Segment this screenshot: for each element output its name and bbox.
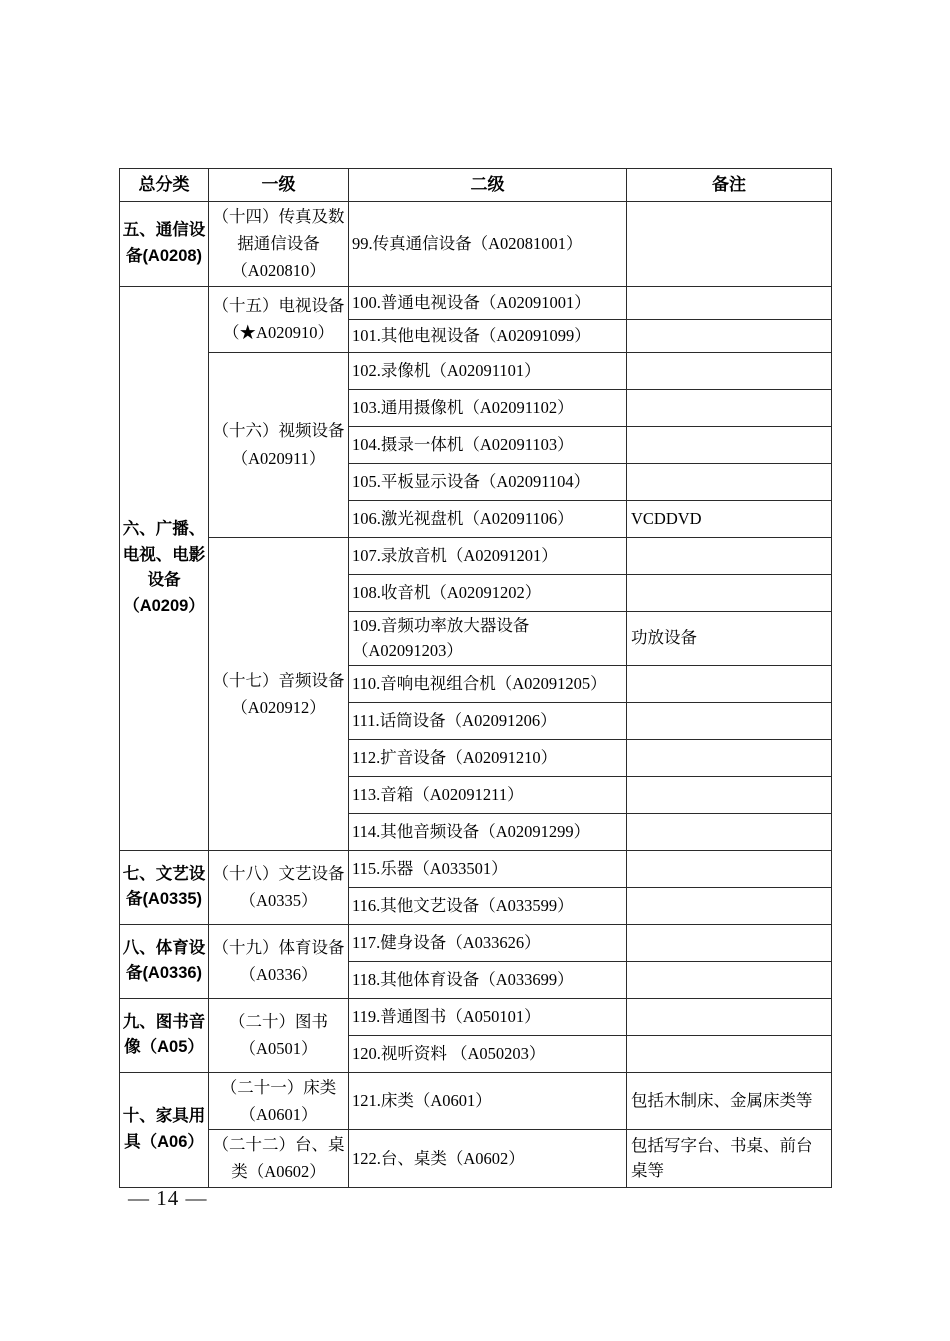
table-row: 十、家具用具（A06） （二十一）床类（A0601） 121.床类（A0601）… (120, 1072, 832, 1129)
level2-cell: 121.床类（A0601） (349, 1072, 627, 1129)
remark-cell (627, 574, 832, 611)
level2-cell: 119.普通图书（A050101） (349, 998, 627, 1035)
header-level1: 一级 (209, 169, 349, 202)
level2-cell: 115.乐器（A033501） (349, 850, 627, 887)
table-row: 六、广播、电视、电影设备（A0209） （十五）电视设备（★A020910） 1… (120, 286, 832, 319)
level2-cell: 117.健身设备（A033626） (349, 924, 627, 961)
level2-cell: 99.传真通信设备（A02081001） (349, 202, 627, 287)
level2-cell: 116.其他文艺设备（A033599） (349, 887, 627, 924)
category-cell: 十、家具用具（A06） (120, 1072, 209, 1187)
remark-cell (627, 202, 832, 287)
level2-cell: 104.摄录一体机（A02091103） (349, 426, 627, 463)
remark-cell (627, 352, 832, 389)
remark-cell (627, 286, 832, 319)
category-cell: 七、文艺设备(A0335) (120, 850, 209, 924)
level2-cell: 102.录像机（A02091101） (349, 352, 627, 389)
level2-cell: 101.其他电视设备（A02091099） (349, 319, 627, 352)
table-row: 八、体育设备(A0336) （十九）体育设备（A0336） 117.健身设备（A… (120, 924, 832, 961)
level1-cell: （十六）视频设备（A020911） (209, 352, 349, 537)
level2-cell: 108.收音机（A02091202） (349, 574, 627, 611)
remark-cell (627, 665, 832, 702)
header-level2: 二级 (349, 169, 627, 202)
remark-cell: 功放设备 (627, 611, 832, 665)
level2-cell: 110.音响电视组合机（A02091205） (349, 665, 627, 702)
remark-cell (627, 924, 832, 961)
table-row: （二十二）台、桌类（A0602） 122.台、桌类（A0602） 包括写字台、书… (120, 1130, 832, 1187)
remark-cell (627, 702, 832, 739)
remark-cell: VCDDVD (627, 500, 832, 537)
document-page: { "table": { "headers": ["总分类", "一级", "二… (0, 0, 950, 1341)
category-cell: 六、广播、电视、电影设备（A0209） (120, 286, 209, 850)
level1-cell: （十八）文艺设备（A0335） (209, 850, 349, 924)
level2-cell: 114.其他音频设备（A02091299） (349, 813, 627, 850)
table-header-row: 总分类 一级 二级 备注 (120, 169, 832, 202)
level1-cell: （十七）音频设备（A020912） (209, 537, 349, 850)
level2-cell: 103.通用摄像机（A02091102） (349, 389, 627, 426)
level2-cell: 107.录放音机（A02091201） (349, 537, 627, 574)
table-row: （十六）视频设备（A020911） 102.录像机（A02091101） (120, 352, 832, 389)
remark-cell (627, 463, 832, 500)
level1-cell: （二十二）台、桌类（A0602） (209, 1130, 349, 1187)
level2-cell: 111.话筒设备（A02091206） (349, 702, 627, 739)
level2-cell: 100.普通电视设备（A02091001） (349, 286, 627, 319)
remark-cell: 包括写字台、书桌、前台桌等 (627, 1130, 832, 1187)
remark-cell (627, 887, 832, 924)
remark-cell (627, 850, 832, 887)
page-number: — 14 — (128, 1186, 208, 1211)
header-general-category: 总分类 (120, 169, 209, 202)
level1-cell: （二十）图书（A0501） (209, 998, 349, 1072)
level1-cell: （二十一）床类（A0601） (209, 1072, 349, 1129)
remark-cell (627, 1035, 832, 1072)
remark-cell (627, 961, 832, 998)
level1-cell: （十五）电视设备（★A020910） (209, 286, 349, 352)
table-row: （十七）音频设备（A020912） 107.录放音机（A02091201） (120, 537, 832, 574)
level2-cell: 122.台、桌类（A0602） (349, 1130, 627, 1187)
table-row: 九、图书音像（A05） （二十）图书（A0501） 119.普通图书（A0501… (120, 998, 832, 1035)
level2-cell: 113.音箱（A02091211） (349, 776, 627, 813)
level1-cell: （十九）体育设备（A0336） (209, 924, 349, 998)
level2-cell: 105.平板显示设备（A02091104） (349, 463, 627, 500)
level2-cell: 112.扩音设备（A02091210） (349, 739, 627, 776)
level2-cell: 109.音频功率放大器设备（A02091203） (349, 611, 627, 665)
remark-cell (627, 319, 832, 352)
remark-cell (627, 813, 832, 850)
remark-cell (627, 739, 832, 776)
header-remark: 备注 (627, 169, 832, 202)
remark-cell (627, 998, 832, 1035)
remark-cell (627, 426, 832, 463)
level1-cell: （十四）传真及数据通信设备（A020810） (209, 202, 349, 287)
category-cell: 九、图书音像（A05） (120, 998, 209, 1072)
category-cell: 八、体育设备(A0336) (120, 924, 209, 998)
classification-table: 总分类 一级 二级 备注 五、通信设备(A0208) （十四）传真及数据通信设备… (119, 168, 832, 1188)
table-row: 七、文艺设备(A0335) （十八）文艺设备（A0335） 115.乐器（A03… (120, 850, 832, 887)
remark-cell (627, 776, 832, 813)
remark-cell (627, 537, 832, 574)
remark-cell (627, 389, 832, 426)
level2-cell: 118.其他体育设备（A033699） (349, 961, 627, 998)
level2-cell: 120.视听资料 （A050203） (349, 1035, 627, 1072)
table-row: 五、通信设备(A0208) （十四）传真及数据通信设备（A020810） 99.… (120, 202, 832, 287)
remark-cell: 包括木制床、金属床类等 (627, 1072, 832, 1129)
category-cell: 五、通信设备(A0208) (120, 202, 209, 287)
level2-cell: 106.激光视盘机（A02091106） (349, 500, 627, 537)
